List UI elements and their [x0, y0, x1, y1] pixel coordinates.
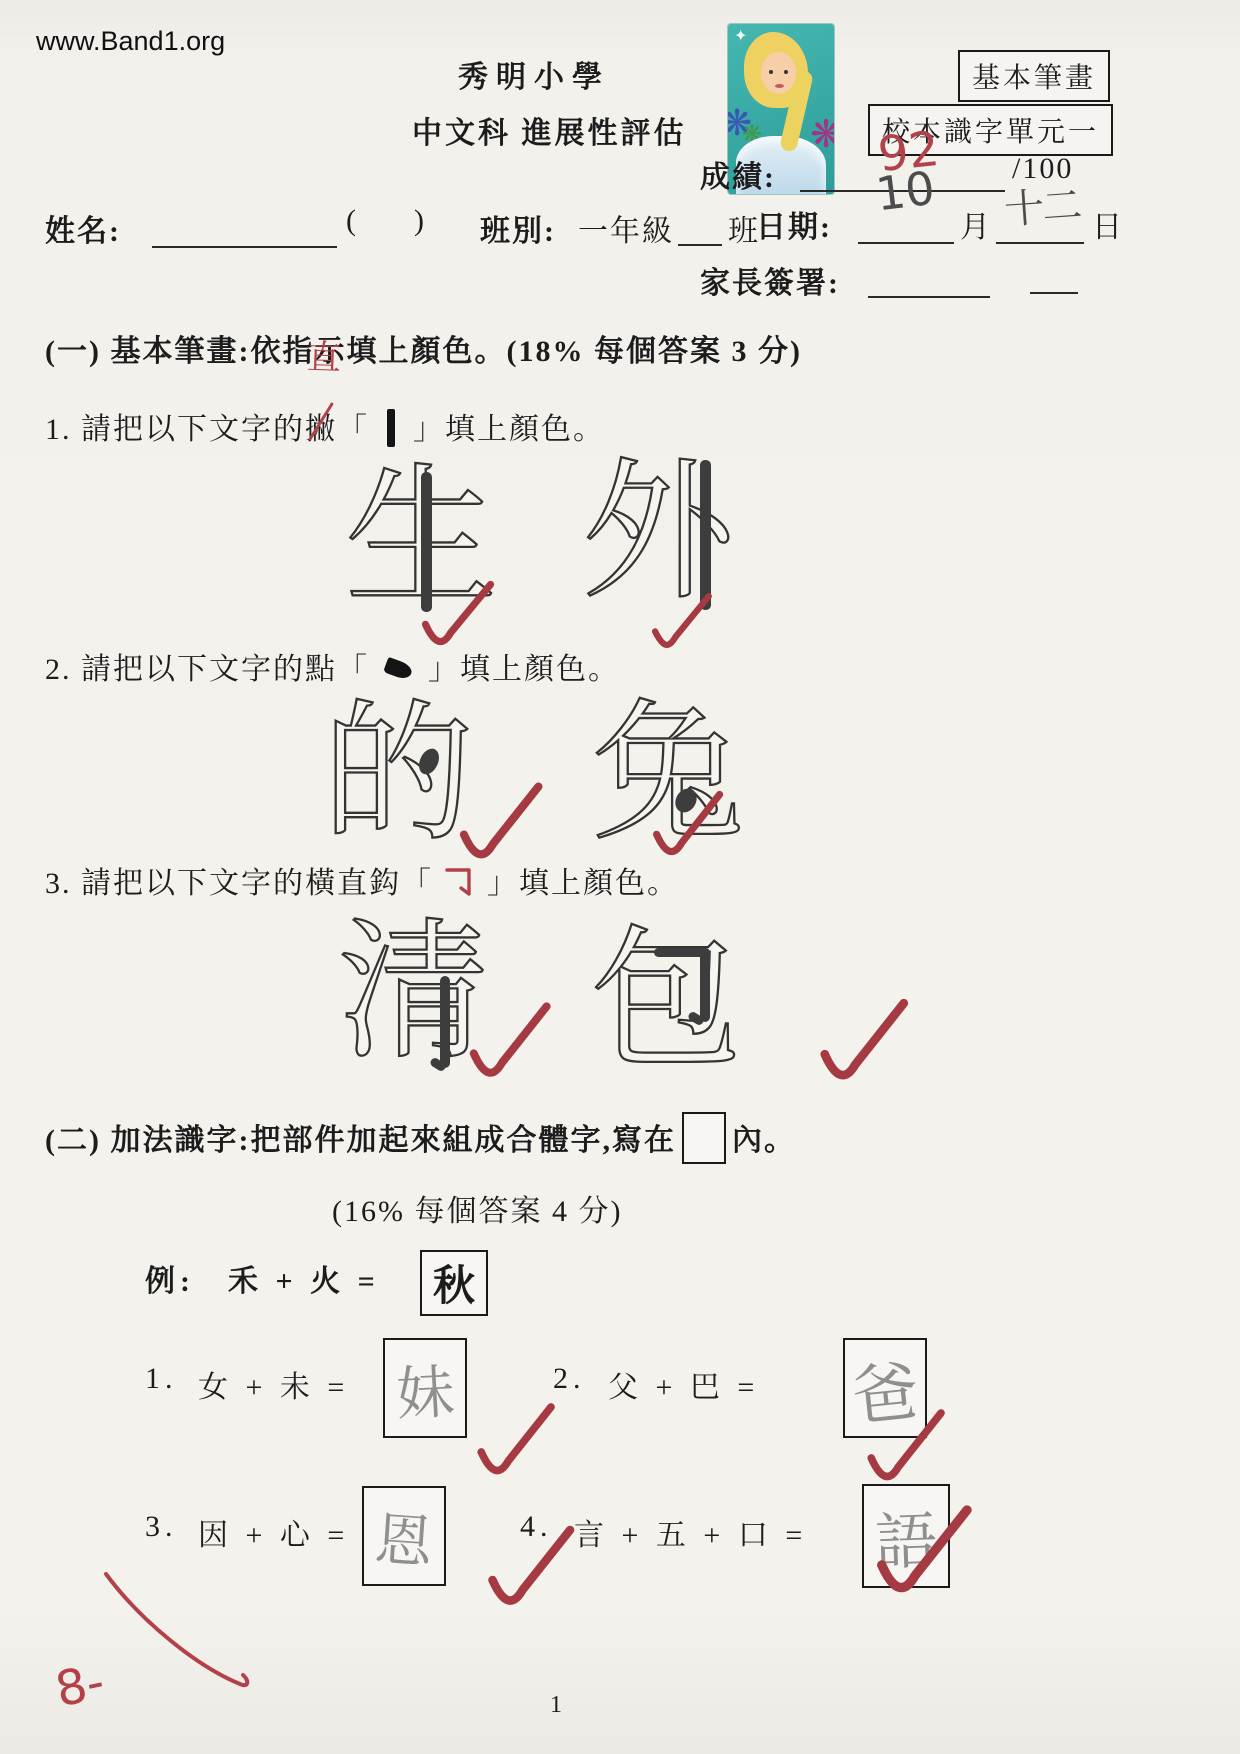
question-2: 2. 請把以下文字的點「」填上顏色。	[45, 644, 620, 688]
school-name: 秀明小學	[458, 52, 610, 96]
date-month-blank	[858, 242, 954, 244]
example-label: 例:	[145, 1256, 195, 1300]
elsa-eye	[784, 70, 788, 74]
page-number: 1	[550, 1692, 564, 1719]
q1-bracket-open: 「	[337, 413, 369, 446]
site-watermark: www.Band1.org	[36, 26, 225, 57]
name-blank-line	[152, 246, 337, 248]
q3-text-post: 填上顏色。	[519, 867, 679, 900]
item4-number: 4.	[520, 1510, 553, 1544]
class-value: 一年級	[578, 206, 674, 250]
seat-paren-open: (	[346, 204, 358, 238]
date-month-handwritten: 10	[873, 161, 938, 222]
parent-signature-blank	[868, 296, 990, 298]
red-checkmark	[868, 1498, 978, 1610]
section2-heading: (二) 加法識字:把部件加起來組成合體字,寫在內。	[45, 1112, 796, 1164]
item2-equation: 父 + 巴 =	[608, 1362, 759, 1406]
outline-char-bao: 包	[590, 922, 754, 1090]
q2-text-post: 填上顏色。	[460, 653, 620, 686]
empty-answer-box-icon	[682, 1112, 726, 1164]
item1-handwritten-answer: 妹	[394, 1345, 456, 1432]
colored-hook-vertical	[700, 948, 710, 1022]
section2-points-note: (16% 每個答案 4 分)	[332, 1186, 622, 1230]
section1-heading: (一) 基本筆畫:依指示填上顏色。(18% 每個答案 3 分)	[45, 326, 802, 370]
q1-struck-word-wrap: 直撇	[305, 404, 337, 448]
item4-equation: 言 + 五 + 口 =	[574, 1510, 807, 1554]
parent-signature-dash	[1030, 292, 1078, 294]
q2-bracket-close: 」	[428, 653, 460, 686]
q3-text-pre: 請把以下文字的橫直鈎	[81, 867, 401, 900]
parent-signature-label: 家長簽署:	[700, 258, 840, 302]
date-month-unit: 月	[960, 202, 992, 246]
seat-paren-close: )	[414, 204, 426, 238]
elsa-eye	[769, 70, 773, 74]
q2-text-pre: 請把以下文字的點	[81, 653, 337, 686]
red-checkmark	[468, 1398, 562, 1488]
q1-text-post: 填上顏色。	[445, 413, 605, 446]
date-label: 日期:	[756, 202, 832, 246]
item1-equation: 女 + 未 =	[198, 1362, 349, 1406]
red-checkmark	[644, 584, 718, 664]
class-blank-line	[678, 244, 722, 246]
date-day-handwritten: 十二	[1002, 173, 1082, 235]
example-equation: 禾 + 火 =	[228, 1256, 380, 1300]
q1-number: 1.	[45, 413, 72, 446]
item1-answer-box: 妹	[383, 1338, 467, 1438]
item3-number: 3.	[145, 1510, 178, 1544]
example-answer-box: 秋	[420, 1250, 488, 1316]
question-1: 1. 請把以下文字的直撇「」填上顏色。	[45, 404, 605, 448]
scanned-worksheet-page: www.Band1.org 秀明小學 中文科 進展性評估 ✦ ❋ ❋ ❋ 基本筆…	[0, 0, 1240, 1754]
tag-basic-strokes: 基本筆畫	[958, 50, 1110, 102]
item3-answer-box: 恩	[362, 1486, 446, 1586]
q2-bracket-open: 「	[337, 653, 369, 686]
q3-bracket-close: 」	[487, 867, 519, 900]
question-3: 3. 請把以下文字的橫直鈎「」填上顏色。	[45, 858, 679, 903]
red-checkmark	[812, 988, 914, 1100]
item3-handwritten-answer: 恩	[372, 1492, 436, 1580]
name-label: 姓名:	[45, 206, 121, 250]
score-label: 成績:	[700, 152, 776, 196]
sticker-star-icon: ✦	[734, 26, 747, 46]
elsa-lips	[775, 84, 784, 88]
vertical-stroke-icon	[387, 409, 395, 447]
class-label: 班別:	[480, 206, 556, 250]
item1-number: 1.	[145, 1362, 178, 1396]
q1-bracket-close: 」	[413, 413, 445, 446]
q2-number: 2.	[45, 653, 72, 686]
date-day-blank	[996, 242, 1084, 244]
item2-number: 2.	[553, 1362, 586, 1396]
colored-hook-stroke	[440, 976, 450, 1068]
red-checkmark	[856, 1404, 954, 1494]
q1-red-correction: 直	[306, 329, 342, 379]
item3-equation: 因 + 心 =	[198, 1510, 349, 1554]
q3-bracket-open: 「	[401, 867, 433, 900]
doc-title: 中文科 進展性評估	[412, 108, 687, 152]
q1-text-pre: 請把以下文字的	[81, 413, 305, 446]
date-day-unit: 日	[1092, 202, 1124, 246]
red-checkmark	[462, 988, 556, 1100]
horizontal-vertical-hook-icon-red	[443, 863, 477, 903]
red-pen-swoosh	[98, 1568, 263, 1700]
dot-stroke-icon	[383, 657, 414, 681]
q3-number: 3.	[45, 867, 72, 900]
